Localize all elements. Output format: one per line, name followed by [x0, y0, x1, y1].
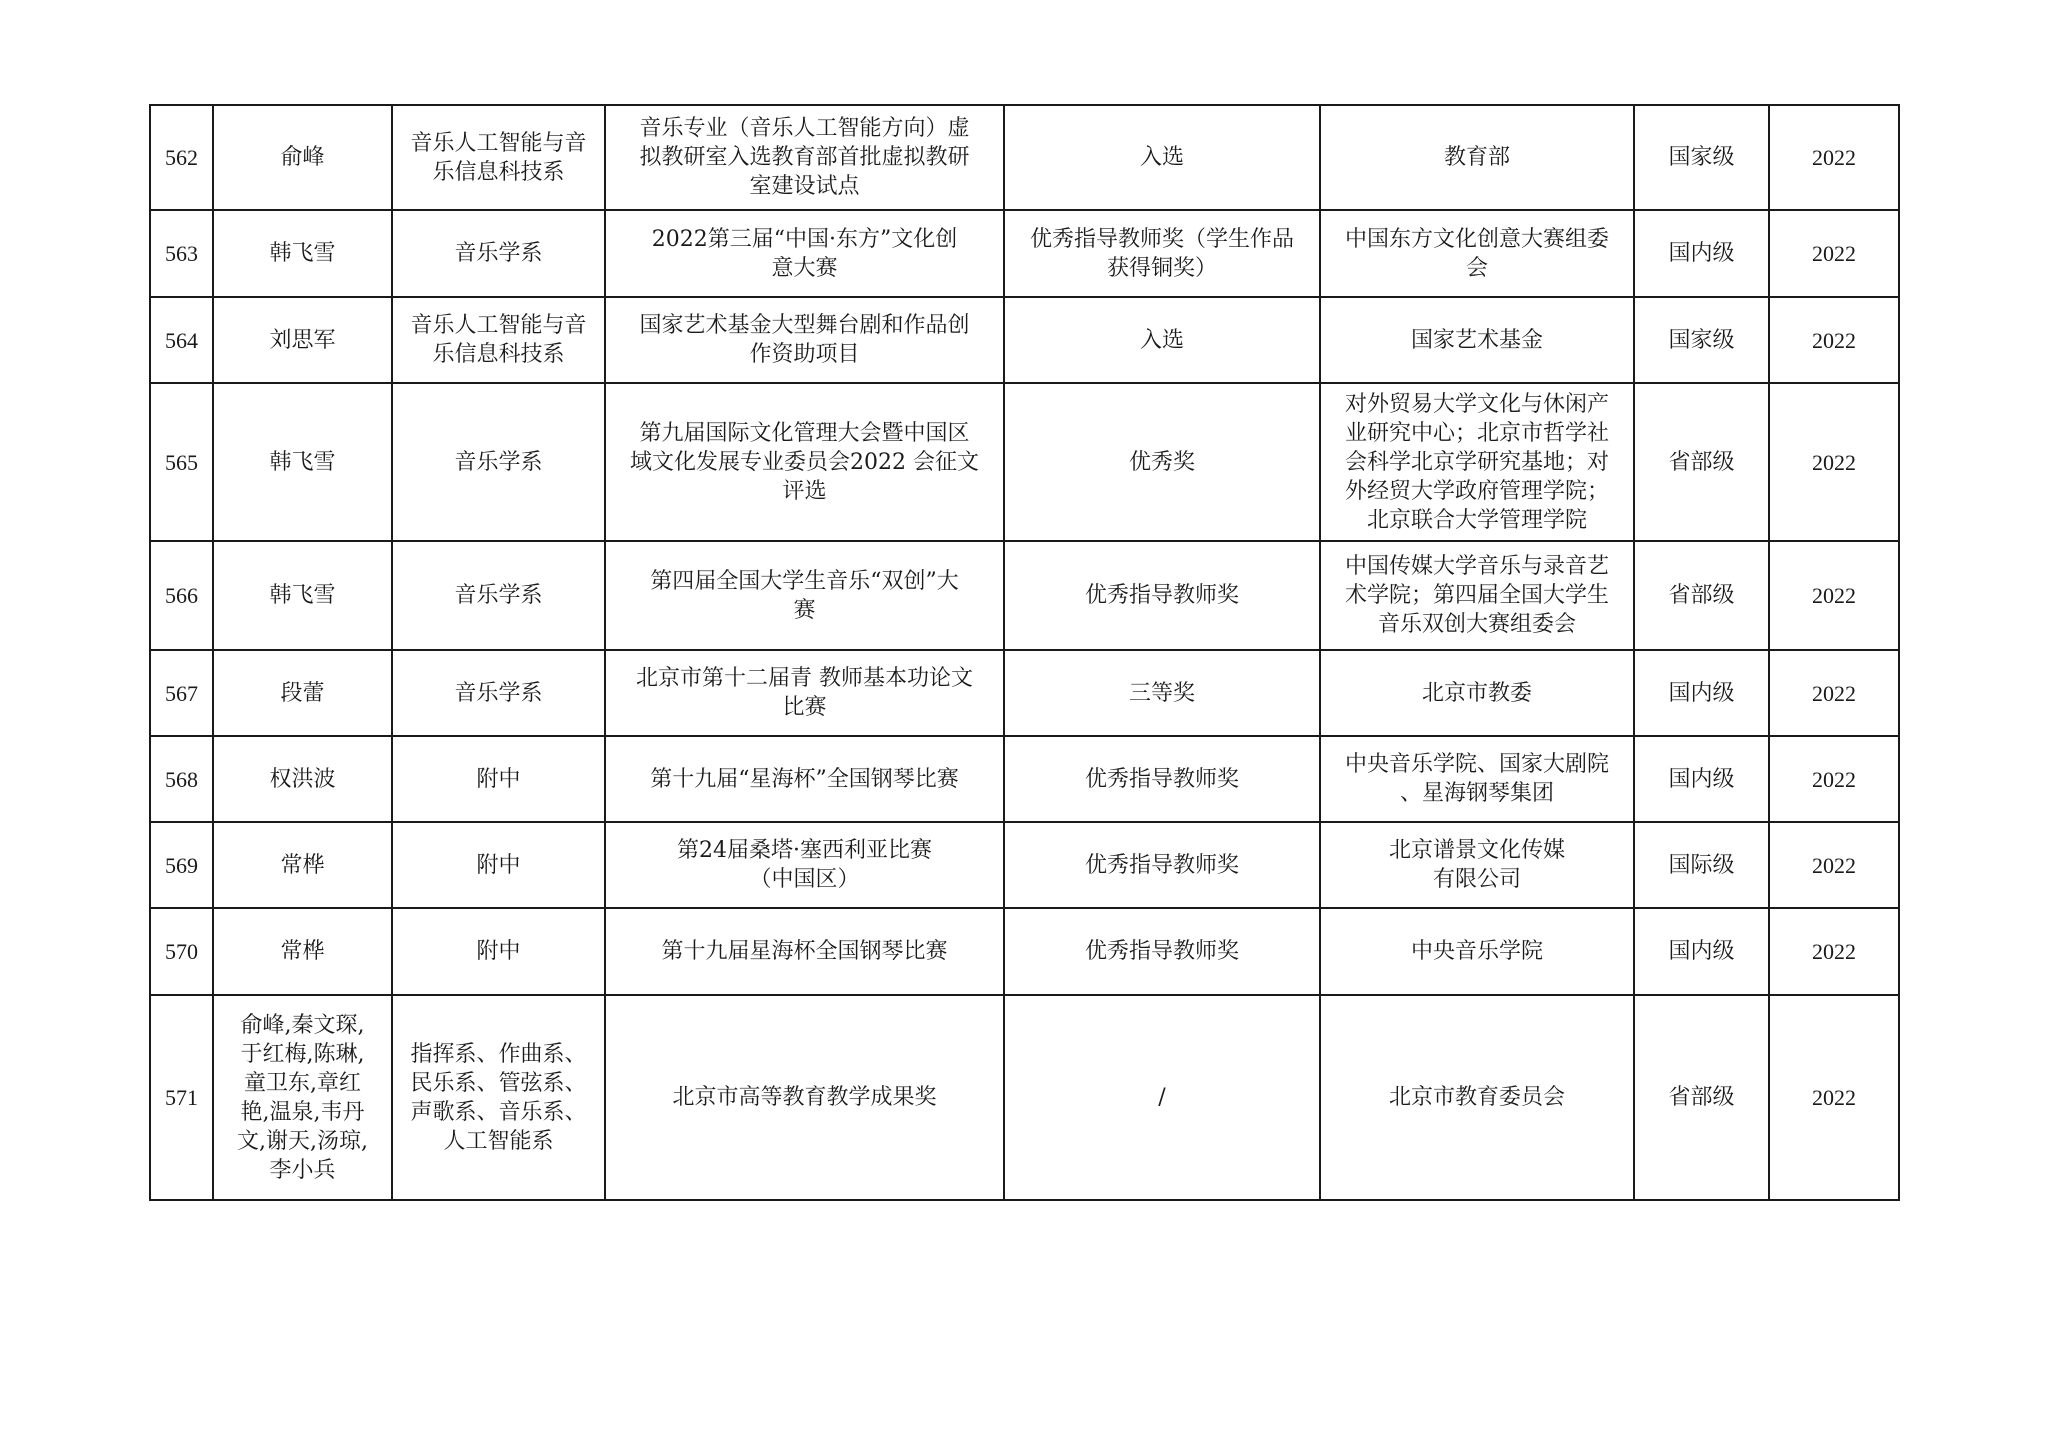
organizer: 中国传媒大学音乐与录音艺 术学院；第四届全国大学生 音乐双创大赛组委会	[1320, 541, 1634, 650]
row-number: 568	[150, 736, 213, 822]
table-row: 566 韩飞雪 音乐学系 第四届全国大学生音乐“双创”大 赛 优秀指导教师奖 中…	[150, 541, 1899, 650]
department: 音乐人工智能与音 乐信息科技系	[392, 105, 605, 210]
award: 入选	[1004, 297, 1320, 383]
organizer: 北京市教委	[1320, 650, 1634, 736]
year: 2022	[1769, 822, 1899, 908]
level: 国内级	[1634, 908, 1769, 995]
project-name: 国家艺术基金大型舞台剧和作品创 作资助项目	[605, 297, 1004, 383]
award: 入选	[1004, 105, 1320, 210]
award: 优秀指导教师奖	[1004, 822, 1320, 908]
project-name: 第十九届星海杯全国钢琴比赛	[605, 908, 1004, 995]
year: 2022	[1769, 210, 1899, 297]
table-row: 570 常桦 附中 第十九届星海杯全国钢琴比赛 优秀指导教师奖 中央音乐学院 国…	[150, 908, 1899, 995]
table-row: 571 俞峰,秦文琛, 于红梅,陈琳, 童卫东,章红 艳,温泉,韦丹 文,谢天,…	[150, 995, 1899, 1200]
table-row: 569 常桦 附中 第24届桑塔·塞西利亚比赛 （中国区） 优秀指导教师奖 北京…	[150, 822, 1899, 908]
award: 三等奖	[1004, 650, 1320, 736]
organizer: 中央音乐学院、国家大剧院 、星海钢琴集团	[1320, 736, 1634, 822]
person-name: 权洪波	[213, 736, 392, 822]
table-row: 567 段蕾 音乐学系 北京市第十二届青 教师基本功论文 比赛 三等奖 北京市教…	[150, 650, 1899, 736]
award: 优秀指导教师奖	[1004, 736, 1320, 822]
table-row: 564 刘思军 音乐人工智能与音 乐信息科技系 国家艺术基金大型舞台剧和作品创 …	[150, 297, 1899, 383]
department: 音乐学系	[392, 541, 605, 650]
level: 省部级	[1634, 995, 1769, 1200]
year: 2022	[1769, 105, 1899, 210]
person-name: 韩飞雪	[213, 383, 392, 541]
award: 优秀指导教师奖	[1004, 908, 1320, 995]
level: 国家级	[1634, 297, 1769, 383]
year: 2022	[1769, 383, 1899, 541]
row-number: 567	[150, 650, 213, 736]
organizer: 对外贸易大学文化与休闲产 业研究中心；北京市哲学社 会科学北京学研究基地；对 外…	[1320, 383, 1634, 541]
year: 2022	[1769, 908, 1899, 995]
project-name: 音乐专业（音乐人工智能方向）虚 拟教研室入选教育部首批虚拟教研 室建设试点	[605, 105, 1004, 210]
organizer: 教育部	[1320, 105, 1634, 210]
level: 国内级	[1634, 210, 1769, 297]
row-number: 570	[150, 908, 213, 995]
organizer: 北京市教育委员会	[1320, 995, 1634, 1200]
row-number: 563	[150, 210, 213, 297]
row-number: 564	[150, 297, 213, 383]
organizer: 中国东方文化创意大赛组委 会	[1320, 210, 1634, 297]
award: 优秀奖	[1004, 383, 1320, 541]
table-row: 565 韩飞雪 音乐学系 第九届国际文化管理大会暨中国区 域文化发展专业委员会2…	[150, 383, 1899, 541]
project-name: 北京市高等教育教学成果奖	[605, 995, 1004, 1200]
level: 国内级	[1634, 736, 1769, 822]
table-row: 562 俞峰 音乐人工智能与音 乐信息科技系 音乐专业（音乐人工智能方向）虚 拟…	[150, 105, 1899, 210]
person-name: 韩飞雪	[213, 541, 392, 650]
row-number: 562	[150, 105, 213, 210]
organizer: 北京谱景文化传媒 有限公司	[1320, 822, 1634, 908]
department: 附中	[392, 822, 605, 908]
row-number: 571	[150, 995, 213, 1200]
person-name: 段蕾	[213, 650, 392, 736]
level: 省部级	[1634, 541, 1769, 650]
awards-table: 562 俞峰 音乐人工智能与音 乐信息科技系 音乐专业（音乐人工智能方向）虚 拟…	[149, 104, 1900, 1201]
department: 音乐学系	[392, 383, 605, 541]
project-name: 2022第三届“中国·东方”文化创 意大赛	[605, 210, 1004, 297]
table-row: 563 韩飞雪 音乐学系 2022第三届“中国·东方”文化创 意大赛 优秀指导教…	[150, 210, 1899, 297]
person-name: 俞峰,秦文琛, 于红梅,陈琳, 童卫东,章红 艳,温泉,韦丹 文,谢天,汤琼, …	[213, 995, 392, 1200]
year: 2022	[1769, 995, 1899, 1200]
department: 音乐学系	[392, 210, 605, 297]
project-name: 第四届全国大学生音乐“双创”大 赛	[605, 541, 1004, 650]
award: 优秀指导教师奖（学生作品 获得铜奖）	[1004, 210, 1320, 297]
organizer: 国家艺术基金	[1320, 297, 1634, 383]
project-name: 北京市第十二届青 教师基本功论文 比赛	[605, 650, 1004, 736]
person-name: 常桦	[213, 908, 392, 995]
level: 国内级	[1634, 650, 1769, 736]
organizer: 中央音乐学院	[1320, 908, 1634, 995]
year: 2022	[1769, 541, 1899, 650]
project-name: 第十九届“星海杯”全国钢琴比赛	[605, 736, 1004, 822]
year: 2022	[1769, 297, 1899, 383]
award: 优秀指导教师奖	[1004, 541, 1320, 650]
department: 附中	[392, 908, 605, 995]
year: 2022	[1769, 736, 1899, 822]
level: 国际级	[1634, 822, 1769, 908]
level: 省部级	[1634, 383, 1769, 541]
row-number: 566	[150, 541, 213, 650]
person-name: 常桦	[213, 822, 392, 908]
person-name: 俞峰	[213, 105, 392, 210]
department: 附中	[392, 736, 605, 822]
award: /	[1004, 995, 1320, 1200]
level: 国家级	[1634, 105, 1769, 210]
person-name: 刘思军	[213, 297, 392, 383]
department: 音乐人工智能与音 乐信息科技系	[392, 297, 605, 383]
person-name: 韩飞雪	[213, 210, 392, 297]
department: 指挥系、作曲系、 民乐系、管弦系、 声歌系、音乐系、 人工智能系	[392, 995, 605, 1200]
project-name: 第九届国际文化管理大会暨中国区 域文化发展专业委员会2022 会征文 评选	[605, 383, 1004, 541]
row-number: 569	[150, 822, 213, 908]
year: 2022	[1769, 650, 1899, 736]
department: 音乐学系	[392, 650, 605, 736]
project-name: 第24届桑塔·塞西利亚比赛 （中国区）	[605, 822, 1004, 908]
row-number: 565	[150, 383, 213, 541]
table-row: 568 权洪波 附中 第十九届“星海杯”全国钢琴比赛 优秀指导教师奖 中央音乐学…	[150, 736, 1899, 822]
document-page: 562 俞峰 音乐人工智能与音 乐信息科技系 音乐专业（音乐人工智能方向）虚 拟…	[0, 0, 2048, 1449]
